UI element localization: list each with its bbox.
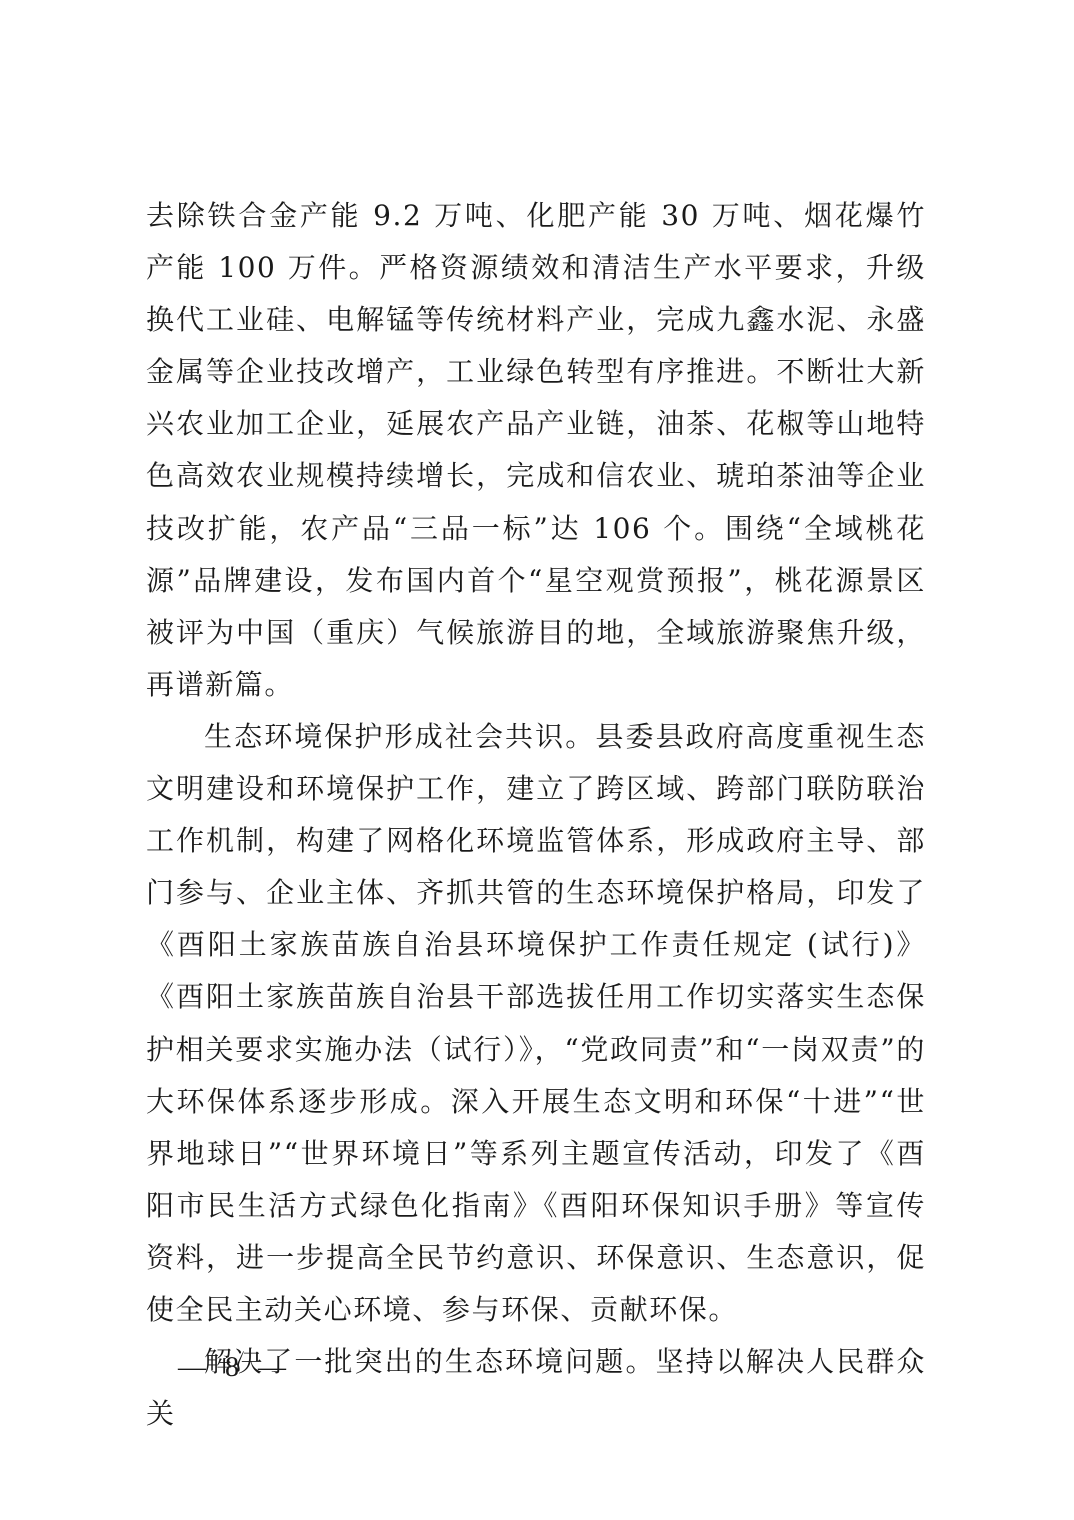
document-page: 去除铁合金产能 9.2 万吨、化肥产能 30 万吨、烟花爆竹产能 100 万件。… — [0, 0, 1074, 1520]
page-number: — 8 — — [178, 1352, 292, 1384]
paragraph-industry-transformation: 去除铁合金产能 9.2 万吨、化肥产能 30 万吨、烟花爆竹产能 100 万件。… — [146, 190, 926, 711]
body-text: 去除铁合金产能 9.2 万吨、化肥产能 30 万吨、烟花爆竹产能 100 万件。… — [146, 190, 926, 1440]
paragraph-ecological-consensus: 生态环境保护形成社会共识。县委县政府高度重视生态文明建设和环境保护工作，建立了跨… — [146, 711, 926, 1336]
